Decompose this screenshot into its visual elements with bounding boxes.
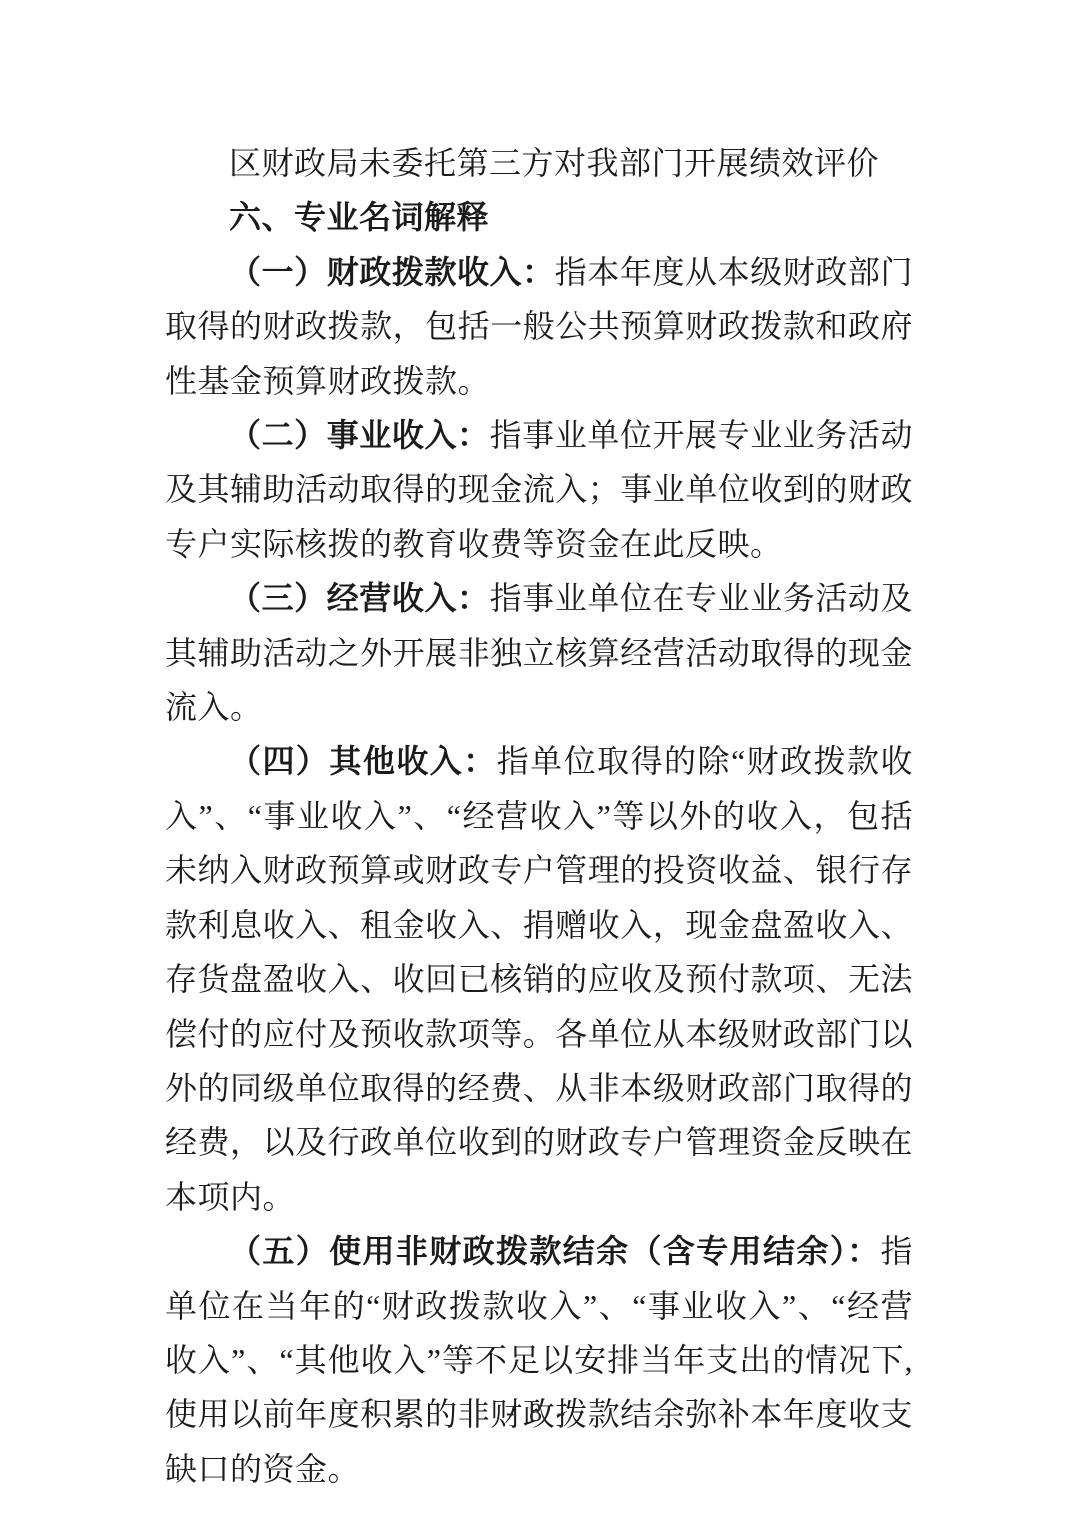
intro-line: 区财政局未委托第三方对我部门开展绩效评价 <box>165 136 913 190</box>
term-paragraph-5: （五）使用非财政拨款结余（含专用结余）：指单位在当年的“财政拨款收入”、“事业收… <box>165 1224 913 1496</box>
term-definition-5: 指单位在当年的“财政拨款收入”、“事业收入”、“经营收入”、“其他收入”等不足以… <box>165 1233 913 1487</box>
term-label-1: （一）财政拨款收入： <box>229 254 555 290</box>
term-label-3: （三）经营收入： <box>229 580 490 616</box>
term-label-5: （五）使用非财政拨款结余（含专用结余）： <box>229 1233 880 1269</box>
term-label-2: （二）事业收入： <box>229 417 490 453</box>
page-number: - 8 - <box>0 1398 1075 1428</box>
term-paragraph-3: （三）经营收入：指事业单位在专业业务活动及其辅助活动之外开展非独立核算经营活动取… <box>165 571 913 734</box>
document-page: 区财政局未委托第三方对我部门开展绩效评价 六、专业名词解释 （一）财政拨款收入：… <box>0 0 1075 1520</box>
section-heading: 六、专业名词解释 <box>165 190 913 244</box>
term-paragraph-4: （四）其他收入：指单位取得的除“财政拨款收入”、“事业收入”、“经营收入”等以外… <box>165 734 913 1224</box>
document-content: 区财政局未委托第三方对我部门开展绩效评价 六、专业名词解释 （一）财政拨款收入：… <box>165 136 913 1496</box>
term-paragraph-2: （二）事业收入：指事业单位开展专业业务活动及其辅助活动取得的现金流入；事业单位收… <box>165 408 913 571</box>
term-label-4: （四）其他收入： <box>229 743 497 779</box>
term-paragraph-1: （一）财政拨款收入：指本年度从本级财政部门取得的财政拨款，包括一般公共预算财政拨… <box>165 245 913 408</box>
term-definition-4: 指单位取得的除“财政拨款收入”、“事业收入”、“经营收入”等以外的收入，包括未纳… <box>165 743 913 1214</box>
